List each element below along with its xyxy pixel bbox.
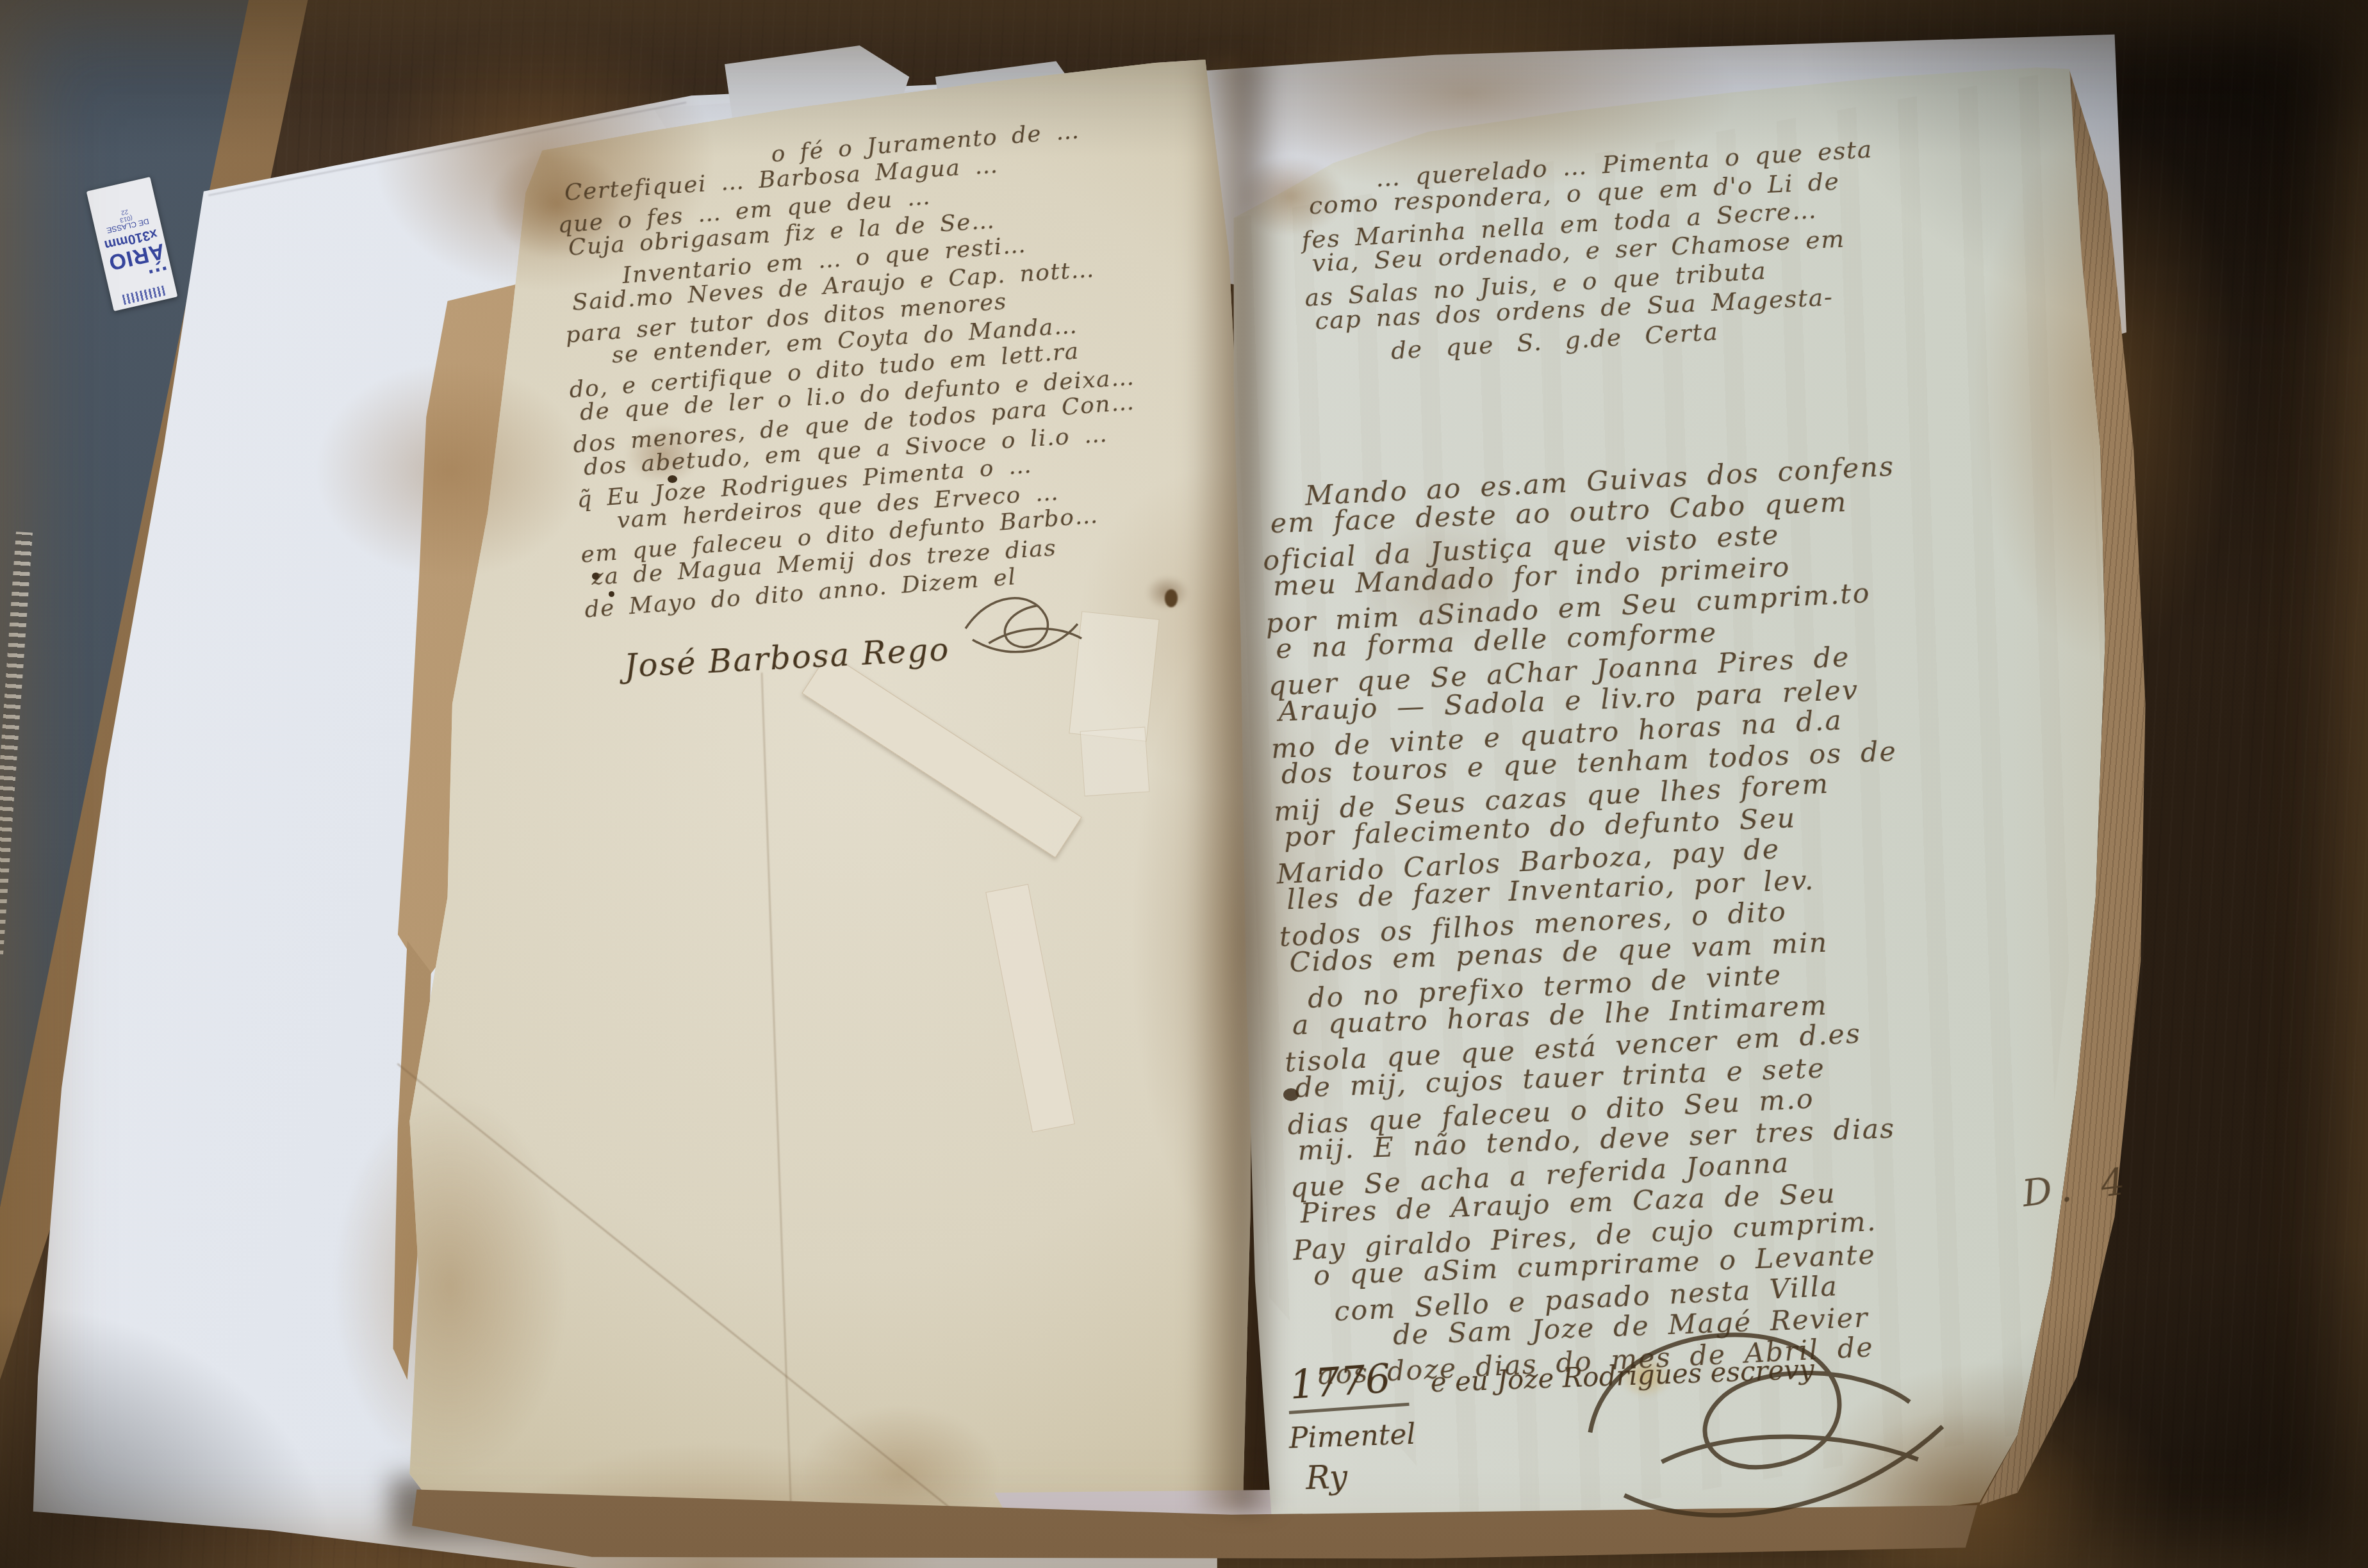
closing-block: 1776 e eu Joze Rodrigues escrevy Pimente… [1286,1331,2123,1498]
ink-blot-3 [609,591,614,597]
photo-of-open-manuscript-book: …ÁRIO x310mm DE CLASSE (013 22 o fé o Ju… [0,0,2368,1568]
signature-flourish-right-icon [1566,1291,1971,1535]
closing-year: 1776 [1285,1353,1409,1414]
right-page-body-text: Mando ao es.am Guivas dos confensem face… [1259,443,2144,1389]
right-page-intro-text: … querelado … Pimenta o que estacomo res… [1297,123,2127,368]
signature-flourish-left-icon [950,577,1096,667]
tape-piece-2 [1080,727,1150,797]
left-page-text: o fé o Juramento de …Certefiquei … Barbo… [553,107,1263,621]
ink-blot-2 [592,573,599,580]
ink-blot-1 [668,475,677,483]
ink-blot-4 [1283,1088,1299,1101]
